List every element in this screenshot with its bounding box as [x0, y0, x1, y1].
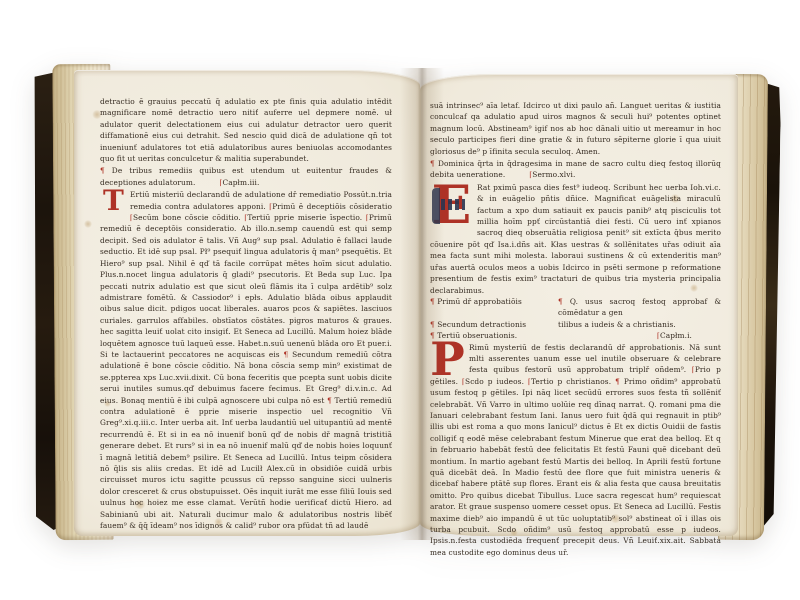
text-run: Capłm.i. — [660, 331, 692, 340]
text-run: Secūm bone cōscie cōditio. — [133, 213, 244, 222]
text-run: Tertiū remediū contra adulationē ē pprie… — [100, 396, 392, 530]
open-book: detractio ē grauius peccatū q̄ adulatio … — [28, 52, 780, 548]
rubrication-mark: ¶ — [558, 297, 570, 306]
illuminated-initial-E: E — [430, 184, 473, 229]
text-run: Capłm.iii. — [222, 178, 259, 187]
text-run: Rat pximū pasca dies fest⁹ iudeoq. Scrib… — [430, 183, 721, 295]
illuminated-initial-P: P — [430, 343, 465, 376]
rubric-list-row: ¶ Tertiū obseruationis.⌈Capłm.i. — [430, 330, 721, 341]
rubrication-mark: ¶ — [430, 159, 438, 168]
rubrication-mark: ¶ — [615, 377, 624, 386]
text-run: Q. usus sacroq festoq approbaf & cōmēdat… — [558, 297, 721, 317]
right-sermon-opening: ERat pximū pasca dies fest⁹ iudeoq. Scri… — [430, 182, 721, 296]
left-page: detractio ē grauius peccatū q̄ adulatio … — [74, 70, 420, 536]
left-page-text: detractio ē grauius peccatū q̄ adulatio … — [100, 96, 392, 531]
rubrication-mark: ¶ — [327, 396, 334, 405]
left-paragraph-detractio: detractio ē grauius peccatū q̄ adulatio … — [100, 96, 392, 164]
foxing-spot — [84, 220, 92, 228]
text-run: Tertio p christianos. — [531, 377, 615, 386]
photo-background: detractio ē grauius peccatū q̄ adulatio … — [0, 0, 800, 600]
rubric-list-cell: ¶ Q. usus sacroq festoq approbaf & cōmēd… — [558, 296, 721, 319]
rubric-list-row: ¶ Primū dř approbatiōis¶ Q. usus sacroq … — [430, 296, 721, 319]
rubric-list-cell: tilibus a iudeis & a christianis. — [558, 319, 721, 330]
right-chapter-one-text: PRimū mysteriū de festis declarandū dř a… — [430, 342, 721, 559]
rubric-list-cell: ¶ Tertiū obseruationis. — [430, 330, 558, 341]
right-page-text: suā intrinsec⁹ aīa letaf. Idcirco ut dix… — [430, 100, 721, 558]
right-sermon-rubric: ¶ Dominica q̄rta in q̄dragesima in mane … — [430, 158, 721, 181]
text-run: Primo oñdim⁹ approbatū usum festoq p gēt… — [430, 377, 721, 557]
text-run: Primū ē deceptiōis cōsideratio — [272, 202, 392, 211]
right-paragraph-sua-intrinsecus: suā intrinsec⁹ aīa letaf. Idcirco ut dix… — [430, 100, 721, 157]
rubric-list-cell: ⌈Capłm.i. — [558, 330, 721, 341]
left-chapter-rubric: ¶ De tribus remediis quibus est utendum … — [100, 165, 392, 188]
text-run: Rimū mysteriū de festis declarandū dř ap… — [469, 343, 721, 375]
text-run: Secundum detractionis — [437, 320, 526, 329]
left-chapter-text: TErtiū misteriū declarandū de adulatione… — [100, 189, 392, 531]
text-run: Sermo.xlvi. — [532, 170, 575, 179]
text-run: Primū remediū ē deceptōis consideratio. … — [100, 213, 392, 359]
illuminated-initial-T: T — [100, 190, 127, 212]
text-run: Tertiū obseruationis. — [437, 331, 517, 340]
text-run: tilibus a iudeis & a christianis. — [558, 320, 676, 329]
text-run: Tertiū pprie miserie īspectio. — [247, 213, 366, 222]
text-run: suā intrinsec⁹ aīa letaf. Idcirco ut dix… — [430, 101, 721, 156]
rubric-list-row: ¶ Secundum detractionistilibus a iudeis … — [430, 319, 721, 330]
rubric-list-cell: ¶ Secundum detractionis — [430, 319, 558, 330]
right-mysteria-list: ¶ Primū dř approbatiōis¶ Q. usus sacroq … — [430, 296, 721, 342]
text-run: Primū dř approbatiōis — [437, 297, 522, 306]
right-page: suā intrinsec⁹ aīa letaf. Idcirco ut dix… — [420, 74, 738, 536]
text-run: detractio ē grauius peccatū q̄ adulatio … — [100, 97, 392, 163]
rubric-list-cell: ¶ Primū dř approbatiōis — [430, 296, 558, 319]
rubrication-mark: ¶ — [284, 350, 293, 359]
text-run: Dominica q̄rta in q̄dragesima in mane de… — [430, 159, 721, 179]
rubrication-mark: ¶ — [100, 166, 112, 175]
text-run: Scdo p iudeos. — [465, 377, 528, 386]
